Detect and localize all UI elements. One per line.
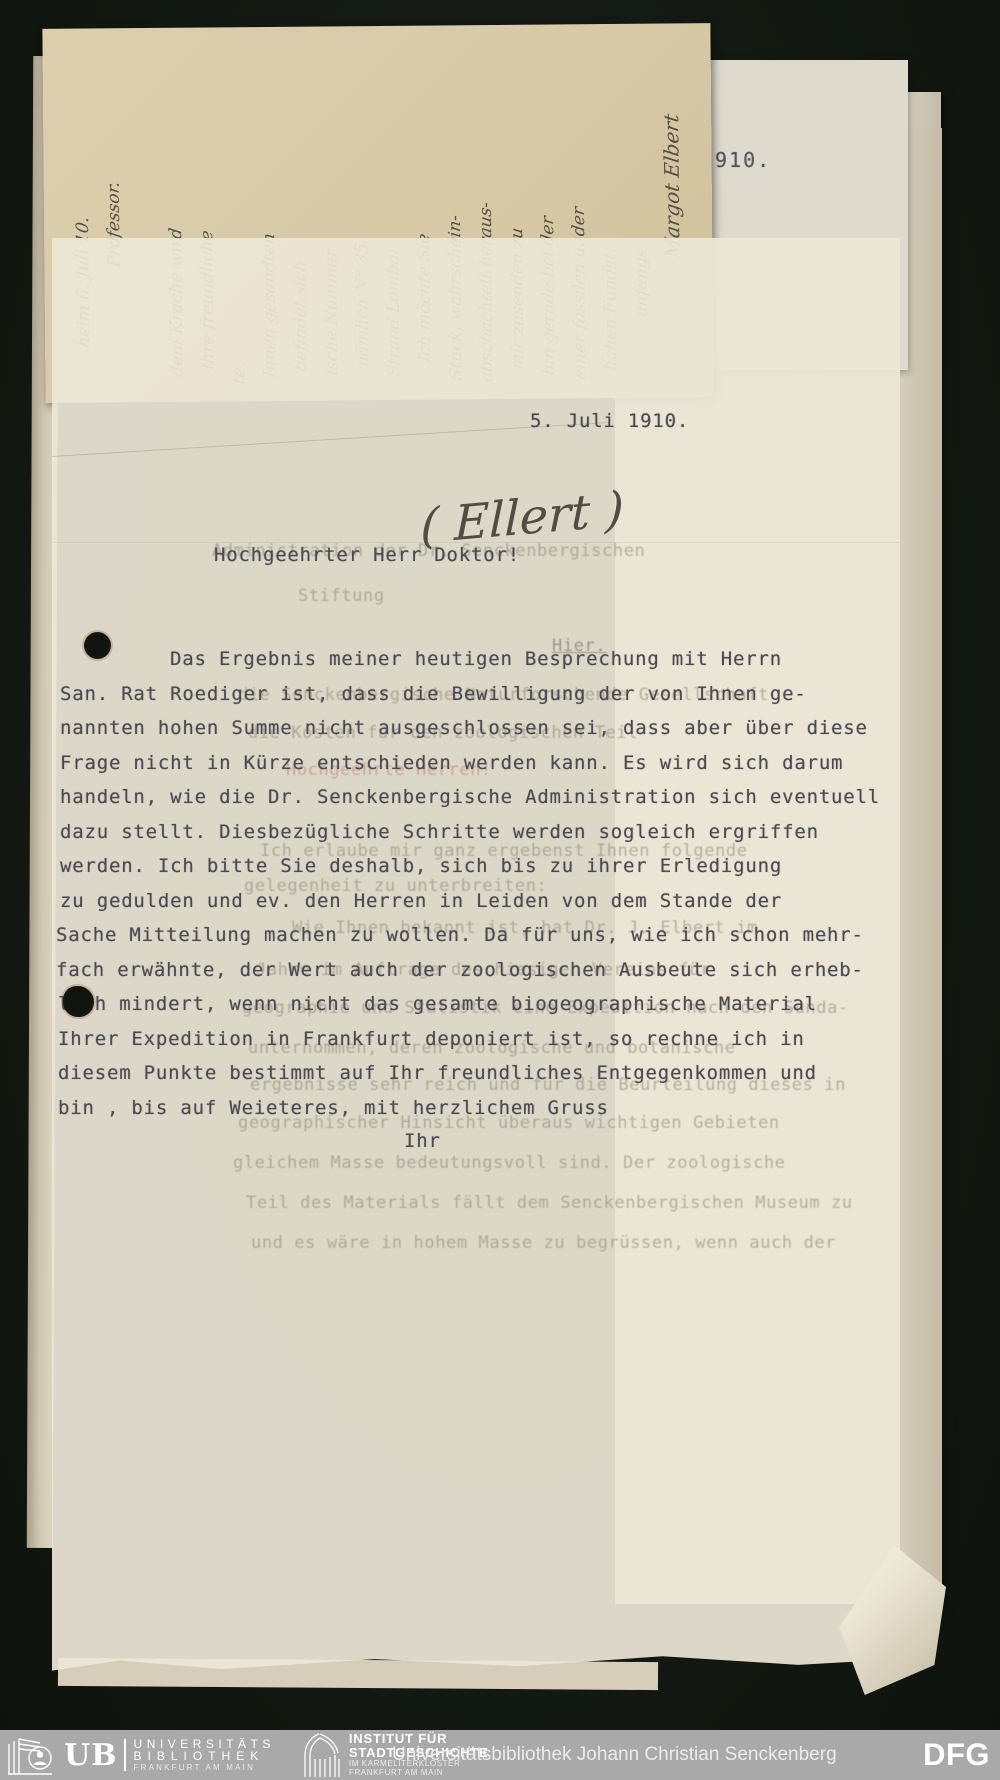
background-page-date-fragment: 910. — [715, 148, 771, 172]
body-line: nannten hohen Summe nicht ausgeschlossen… — [60, 717, 868, 739]
letter-date: 5. Juli 1910. — [530, 410, 689, 432]
bleedthrough-line: Teil des Materials fällt dem Senckenberg… — [246, 1193, 853, 1213]
typed-letter-sheet: Administration der Dr. Senckenbergischen… — [52, 238, 900, 1672]
archive-scan-page: { "scan": { "background_page_fragment": … — [0, 0, 1000, 1780]
body-line: handeln, wie die Dr. Senckenbergische Ad… — [60, 786, 880, 808]
stack-right-edge-sheet — [905, 128, 942, 1602]
library-name-text: Universitätsbibliothek Johann Christian … — [392, 1730, 837, 1780]
bleedthrough-line: und es wäre in hohem Masse zu begrüssen,… — [251, 1233, 836, 1253]
body-line: Frage nicht in Kürze entschieden werden … — [60, 752, 843, 774]
punch-hole — [63, 986, 94, 1017]
body-line: bin , bis auf Weieteres, mit herzlichem … — [58, 1097, 609, 1119]
body-line: zu gedulden und ev. den Herren in Leiden… — [60, 890, 782, 912]
body-line: werden. Ich bitte Sie deshalb, sich bis … — [60, 855, 782, 877]
paper-crease — [52, 422, 611, 457]
body-line: lich mindert, wenn nicht das gesamte bio… — [58, 993, 817, 1015]
ub-logo-abbr: UB — [64, 1738, 118, 1773]
ub-logo-block: UB UNIVERSITÄTS BIBLIOTHEK FRANKFURT AM … — [6, 1734, 275, 1776]
body-line: dazu stellt. Diesbezügliche Schritte wer… — [60, 821, 819, 843]
bleedthrough-line: Stiftung — [298, 586, 385, 606]
ub-line3: FRANKFURT AM MAIN — [134, 1764, 275, 1772]
body-line: fach erwähnte, der Wert auch der zoologi… — [56, 959, 864, 981]
ub-library-icon — [6, 1734, 62, 1776]
bleedthrough-line: gleichem Masse bedeutungsvoll sind. Der … — [233, 1153, 786, 1173]
ub-line2: BIBLIOTHEK — [134, 1750, 275, 1763]
body-line: San. Rat Roediger ist, dass die Bewillig… — [60, 683, 807, 705]
karmeliterkloster-arch-icon — [303, 1733, 341, 1777]
ub-logo-divider — [124, 1739, 126, 1771]
attribution-footer-bar: UB UNIVERSITÄTS BIBLIOTHEK FRANKFURT AM … — [0, 1730, 1000, 1780]
body-line: Sache Mitteilung machen zu wollen. Da fü… — [56, 924, 864, 946]
body-line: diesem Punkte bestimmt auf Ihr freundlic… — [58, 1062, 817, 1084]
punch-hole — [84, 632, 111, 659]
dfg-logo: DFG — [923, 1730, 990, 1780]
letter-closing: Ihr — [404, 1130, 441, 1152]
body-line: Das Ergebnis meiner heutigen Besprechung… — [170, 648, 782, 670]
body-line: Ihrer Expedition in Frankfurt deponiert … — [58, 1028, 805, 1050]
